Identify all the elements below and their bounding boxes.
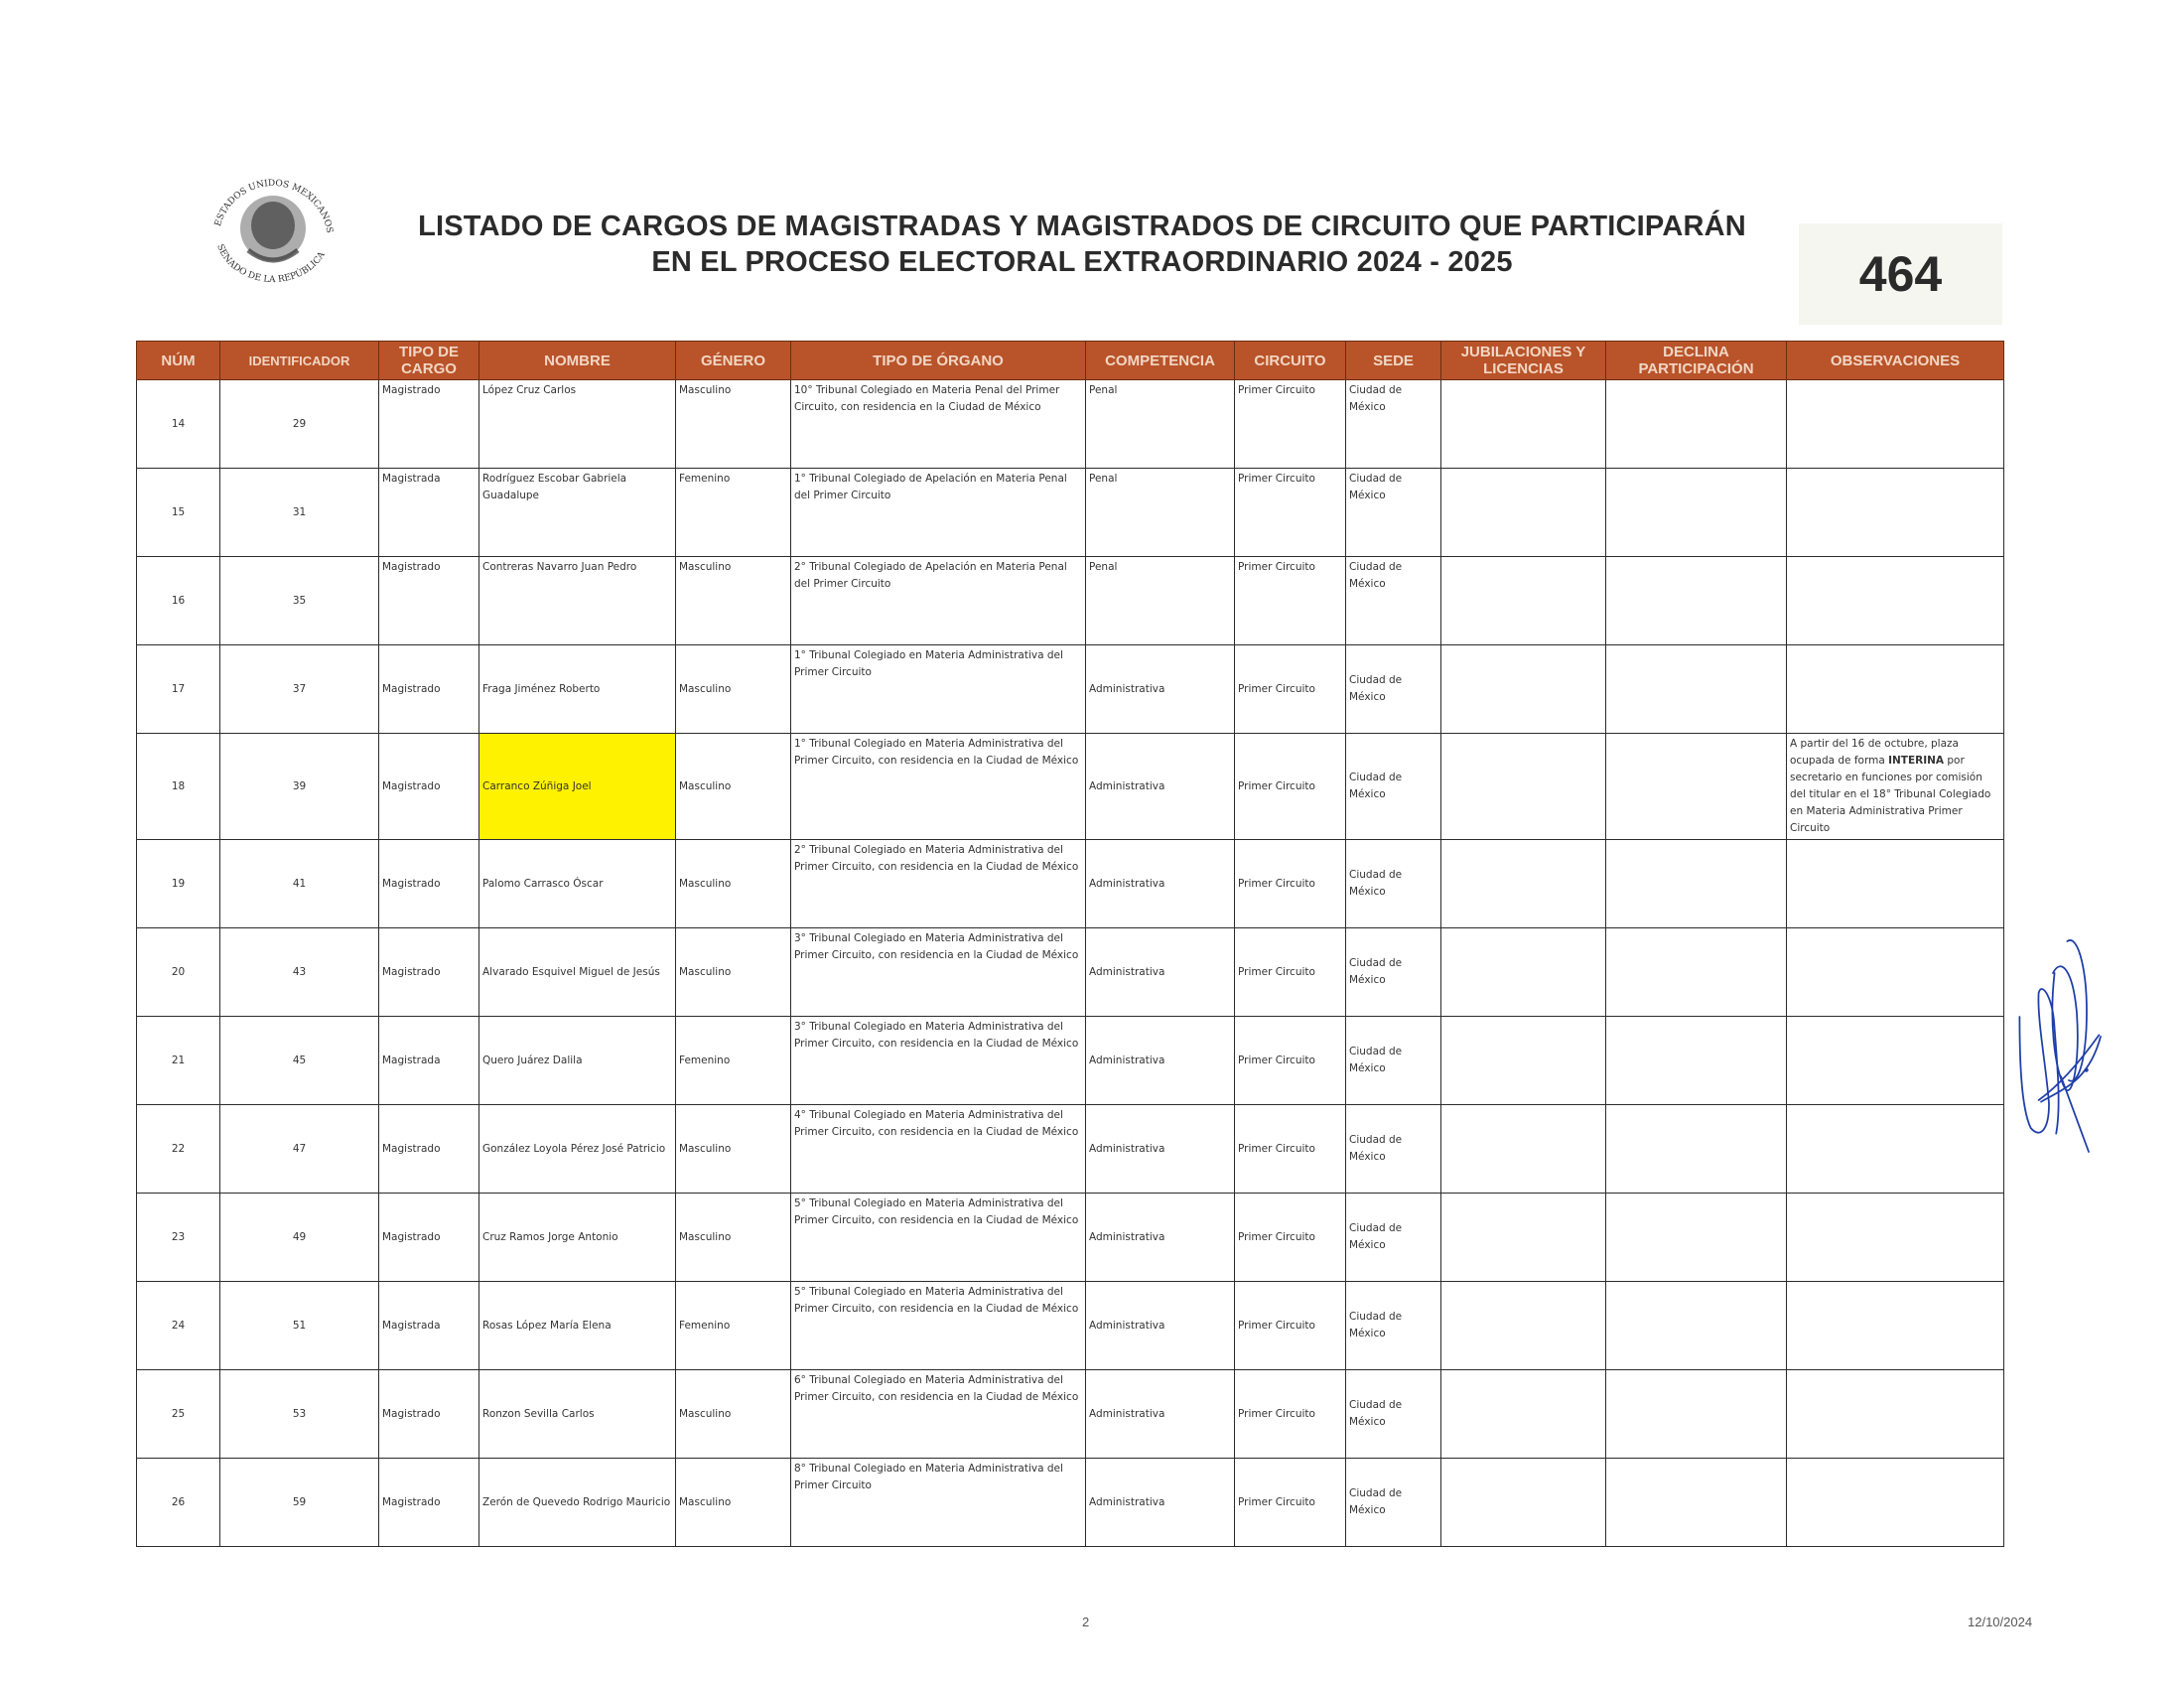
table-row: 2349MagistradoCruz Ramos Jorge AntonioMa… <box>137 1194 2004 1282</box>
cell-num: 24 <box>137 1282 220 1370</box>
cell-genero: Masculino <box>676 928 791 1017</box>
cell-tipo-organo: 1° Tribunal Colegiado de Apelación en Ma… <box>791 469 1086 557</box>
cell-declina <box>1606 1370 1787 1459</box>
stamp-number: 464 <box>1859 245 1942 303</box>
cell-tipo-organo: 2° Tribunal Colegiado en Materia Adminis… <box>791 840 1086 928</box>
cell-genero: Femenino <box>676 469 791 557</box>
cell-identificador: 35 <box>220 557 379 645</box>
col-nombre: NOMBRE <box>479 342 676 380</box>
cell-observaciones <box>1787 557 2004 645</box>
cell-num: 14 <box>137 380 220 469</box>
cell-competencia: Administrativa <box>1086 1459 1235 1547</box>
cell-genero: Masculino <box>676 840 791 928</box>
table-row: 2553MagistradoRonzon Sevilla CarlosMascu… <box>137 1370 2004 1459</box>
cell-observaciones <box>1787 469 2004 557</box>
cell-jubilaciones <box>1441 645 1606 734</box>
cell-tipo-cargo: Magistrado <box>379 1194 479 1282</box>
cell-observaciones <box>1787 1282 2004 1370</box>
cell-num: 16 <box>137 557 220 645</box>
cell-tipo-cargo: Magistrada <box>379 1017 479 1105</box>
cell-declina <box>1606 1282 1787 1370</box>
cell-observaciones <box>1787 380 2004 469</box>
table-row: 2451MagistradaRosas López María ElenaFem… <box>137 1282 2004 1370</box>
cell-observaciones <box>1787 1194 2004 1282</box>
cell-sede: Ciudad de México <box>1346 1459 1441 1547</box>
cell-nombre: Contreras Navarro Juan Pedro <box>479 557 676 645</box>
cell-jubilaciones <box>1441 557 1606 645</box>
table-row: 1531MagistradaRodríguez Escobar Gabriela… <box>137 469 2004 557</box>
cell-identificador: 29 <box>220 380 379 469</box>
cell-jubilaciones <box>1441 928 1606 1017</box>
cell-genero: Masculino <box>676 645 791 734</box>
cell-genero: Masculino <box>676 380 791 469</box>
footer-page-number: 2 <box>1082 1615 1089 1629</box>
cell-genero: Femenino <box>676 1282 791 1370</box>
cell-tipo-cargo: Magistrado <box>379 645 479 734</box>
cell-genero: Masculino <box>676 1105 791 1194</box>
cell-declina <box>1606 840 1787 928</box>
cell-competencia: Penal <box>1086 557 1235 645</box>
cell-competencia: Administrativa <box>1086 928 1235 1017</box>
cell-observaciones <box>1787 1017 2004 1105</box>
document-title: LISTADO DE CARGOS DE MAGISTRADAS Y MAGIS… <box>377 209 1787 280</box>
cell-competencia: Penal <box>1086 380 1235 469</box>
cell-tipo-organo: 10° Tribunal Colegiado en Materia Penal … <box>791 380 1086 469</box>
cell-sede: Ciudad de México <box>1346 380 1441 469</box>
cell-jubilaciones <box>1441 1194 1606 1282</box>
cell-competencia: Administrativa <box>1086 1105 1235 1194</box>
cell-sede: Ciudad de México <box>1346 645 1441 734</box>
cell-nombre: González Loyola Pérez José Patricio <box>479 1105 676 1194</box>
cell-tipo-organo: 4° Tribunal Colegiado en Materia Adminis… <box>791 1105 1086 1194</box>
cell-identificador: 41 <box>220 840 379 928</box>
cell-circuito: Primer Circuito <box>1235 557 1346 645</box>
stamp-number-box: 464 <box>1799 223 2002 325</box>
cell-circuito: Primer Circuito <box>1235 1282 1346 1370</box>
cell-genero: Masculino <box>676 1194 791 1282</box>
cell-genero: Femenino <box>676 1017 791 1105</box>
cell-num: 15 <box>137 469 220 557</box>
col-circuito: CIRCUITO <box>1235 342 1346 380</box>
cell-circuito: Primer Circuito <box>1235 1017 1346 1105</box>
cell-declina <box>1606 557 1787 645</box>
cell-declina <box>1606 734 1787 840</box>
cell-genero: Masculino <box>676 1370 791 1459</box>
cell-nombre: Ronzon Sevilla Carlos <box>479 1370 676 1459</box>
cell-tipo-cargo: Magistrada <box>379 469 479 557</box>
cell-tipo-organo: 6° Tribunal Colegiado en Materia Adminis… <box>791 1370 1086 1459</box>
cell-declina <box>1606 928 1787 1017</box>
cell-sede: Ciudad de México <box>1346 1017 1441 1105</box>
cell-jubilaciones <box>1441 1459 1606 1547</box>
cell-nombre: Alvarado Esquivel Miguel de Jesús <box>479 928 676 1017</box>
cell-sede: Ciudad de México <box>1346 734 1441 840</box>
cell-jubilaciones <box>1441 1282 1606 1370</box>
cell-tipo-organo: 2° Tribunal Colegiado de Apelación en Ma… <box>791 557 1086 645</box>
cell-num: 18 <box>137 734 220 840</box>
cell-nombre: Cruz Ramos Jorge Antonio <box>479 1194 676 1282</box>
cell-sede: Ciudad de México <box>1346 1105 1441 1194</box>
cell-tipo-cargo: Magistrado <box>379 840 479 928</box>
cell-nombre: Fraga Jiménez Roberto <box>479 645 676 734</box>
cell-tipo-organo: 5° Tribunal Colegiado en Materia Adminis… <box>791 1194 1086 1282</box>
magistrates-table: NÚM IDENTIFICADOR TIPO DE CARGO NOMBRE G… <box>136 341 2004 1547</box>
cell-tipo-cargo: Magistrado <box>379 380 479 469</box>
cell-circuito: Primer Circuito <box>1235 1459 1346 1547</box>
cell-competencia: Administrativa <box>1086 1194 1235 1282</box>
cell-declina <box>1606 1017 1787 1105</box>
cell-sede: Ciudad de México <box>1346 1370 1441 1459</box>
table-row: 2043MagistradoAlvarado Esquivel Miguel d… <box>137 928 2004 1017</box>
cell-nombre: Quero Juárez Dalila <box>479 1017 676 1105</box>
cell-observaciones: A partir del 16 de octubre, plaza ocupad… <box>1787 734 2004 840</box>
cell-tipo-organo: 3° Tribunal Colegiado en Materia Adminis… <box>791 928 1086 1017</box>
col-competencia: COMPETENCIA <box>1086 342 1235 380</box>
cell-identificador: 45 <box>220 1017 379 1105</box>
table-row: 1839MagistradoCarranco Zúñiga JoelMascul… <box>137 734 2004 840</box>
cell-circuito: Primer Circuito <box>1235 380 1346 469</box>
cell-tipo-organo: 3° Tribunal Colegiado en Materia Adminis… <box>791 1017 1086 1105</box>
cell-num: 21 <box>137 1017 220 1105</box>
cell-circuito: Primer Circuito <box>1235 1370 1346 1459</box>
cell-circuito: Primer Circuito <box>1235 840 1346 928</box>
cell-sede: Ciudad de México <box>1346 928 1441 1017</box>
cell-tipo-organo: 1° Tribunal Colegiado en Materia Adminis… <box>791 645 1086 734</box>
cell-observaciones <box>1787 1459 2004 1547</box>
cell-identificador: 43 <box>220 928 379 1017</box>
cell-num: 26 <box>137 1459 220 1547</box>
cell-sede: Ciudad de México <box>1346 557 1441 645</box>
cell-identificador: 59 <box>220 1459 379 1547</box>
cell-sede: Ciudad de México <box>1346 469 1441 557</box>
table-row: 1429MagistradoLópez Cruz CarlosMasculino… <box>137 380 2004 469</box>
cell-tipo-cargo: Magistrado <box>379 928 479 1017</box>
cell-competencia: Administrativa <box>1086 734 1235 840</box>
cell-observaciones <box>1787 645 2004 734</box>
cell-jubilaciones <box>1441 840 1606 928</box>
cell-sede: Ciudad de México <box>1346 1194 1441 1282</box>
cell-num: 25 <box>137 1370 220 1459</box>
col-identificador: IDENTIFICADOR <box>220 342 379 380</box>
cell-circuito: Primer Circuito <box>1235 1105 1346 1194</box>
cell-circuito: Primer Circuito <box>1235 928 1346 1017</box>
col-jubilaciones: JUBILACIONES Y LICENCIAS <box>1441 342 1606 380</box>
cell-num: 19 <box>137 840 220 928</box>
col-observaciones: OBSERVACIONES <box>1787 342 2004 380</box>
col-tipo-organo: TIPO DE ÓRGANO <box>791 342 1086 380</box>
cell-identificador: 49 <box>220 1194 379 1282</box>
cell-circuito: Primer Circuito <box>1235 469 1346 557</box>
cell-competencia: Administrativa <box>1086 840 1235 928</box>
cell-jubilaciones <box>1441 380 1606 469</box>
cell-competencia: Administrativa <box>1086 1282 1235 1370</box>
cell-identificador: 39 <box>220 734 379 840</box>
footer-date: 12/10/2024 <box>1968 1615 2032 1629</box>
table-row: 1635MagistradoContreras Navarro Juan Ped… <box>137 557 2004 645</box>
cell-observaciones <box>1787 1370 2004 1459</box>
cell-tipo-organo: 8° Tribunal Colegiado en Materia Adminis… <box>791 1459 1086 1547</box>
col-sede: SEDE <box>1346 342 1441 380</box>
cell-circuito: Primer Circuito <box>1235 645 1346 734</box>
cell-declina <box>1606 1194 1787 1282</box>
cell-tipo-cargo: Magistrado <box>379 1459 479 1547</box>
table-row: 2145MagistradaQuero Juárez DalilaFemenin… <box>137 1017 2004 1105</box>
cell-tipo-cargo: Magistrado <box>379 1105 479 1194</box>
cell-competencia: Administrativa <box>1086 645 1235 734</box>
cell-nombre: López Cruz Carlos <box>479 380 676 469</box>
cell-identificador: 47 <box>220 1105 379 1194</box>
cell-jubilaciones <box>1441 1370 1606 1459</box>
cell-identificador: 53 <box>220 1370 379 1459</box>
col-num: NÚM <box>137 342 220 380</box>
cell-declina <box>1606 1105 1787 1194</box>
cell-jubilaciones <box>1441 734 1606 840</box>
senate-seal-logo: ESTADOS UNIDOS MEXICANOS SENADO DE LA RE… <box>194 171 352 290</box>
col-genero: GÉNERO <box>676 342 791 380</box>
table-row: 2247MagistradoGonzález Loyola Pérez José… <box>137 1105 2004 1194</box>
cell-sede: Ciudad de México <box>1346 840 1441 928</box>
cell-identificador: 31 <box>220 469 379 557</box>
cell-jubilaciones <box>1441 1105 1606 1194</box>
cell-jubilaciones <box>1441 1017 1606 1105</box>
cell-identificador: 51 <box>220 1282 379 1370</box>
cell-tipo-cargo: Magistrada <box>379 1282 479 1370</box>
cell-nombre: Rodríguez Escobar Gabriela Guadalupe <box>479 469 676 557</box>
cell-genero: Masculino <box>676 734 791 840</box>
cell-competencia: Penal <box>1086 469 1235 557</box>
cell-sede: Ciudad de México <box>1346 1282 1441 1370</box>
cell-declina <box>1606 380 1787 469</box>
col-declina: DECLINA PARTICIPACIÓN <box>1606 342 1787 380</box>
cell-num: 22 <box>137 1105 220 1194</box>
cell-num: 23 <box>137 1194 220 1282</box>
cell-num: 17 <box>137 645 220 734</box>
cell-tipo-cargo: Magistrado <box>379 734 479 840</box>
title-line-2: EN EL PROCESO ELECTORAL EXTRAORDINARIO 2… <box>377 244 1787 280</box>
cell-competencia: Administrativa <box>1086 1017 1235 1105</box>
cell-genero: Masculino <box>676 1459 791 1547</box>
table-row: 2659MagistradoZerón de Quevedo Rodrigo M… <box>137 1459 2004 1547</box>
cell-nombre: Zerón de Quevedo Rodrigo Mauricio <box>479 1459 676 1547</box>
cell-nombre: Rosas López María Elena <box>479 1282 676 1370</box>
col-tipo-cargo: TIPO DE CARGO <box>379 342 479 380</box>
cell-tipo-organo: 1° Tribunal Colegiado en Materia Adminis… <box>791 734 1086 840</box>
title-line-1: LISTADO DE CARGOS DE MAGISTRADAS Y MAGIS… <box>377 209 1787 244</box>
cell-nombre: Carranco Zúñiga Joel <box>479 734 676 840</box>
table-row: 1941MagistradoPalomo Carrasco ÓscarMascu… <box>137 840 2004 928</box>
cell-tipo-cargo: Magistrado <box>379 1370 479 1459</box>
cell-observaciones <box>1787 840 2004 928</box>
cell-declina <box>1606 1459 1787 1547</box>
table-row: 1737MagistradoFraga Jiménez RobertoMascu… <box>137 645 2004 734</box>
cell-circuito: Primer Circuito <box>1235 734 1346 840</box>
cell-observaciones <box>1787 928 2004 1017</box>
cell-tipo-cargo: Magistrado <box>379 557 479 645</box>
cell-jubilaciones <box>1441 469 1606 557</box>
cell-genero: Masculino <box>676 557 791 645</box>
cell-declina <box>1606 469 1787 557</box>
cell-identificador: 37 <box>220 645 379 734</box>
cell-tipo-organo: 5° Tribunal Colegiado en Materia Adminis… <box>791 1282 1086 1370</box>
cell-circuito: Primer Circuito <box>1235 1194 1346 1282</box>
cell-observaciones <box>1787 1105 2004 1194</box>
cell-nombre: Palomo Carrasco Óscar <box>479 840 676 928</box>
handwritten-signature <box>2005 904 2124 1201</box>
cell-competencia: Administrativa <box>1086 1370 1235 1459</box>
table-header-row: NÚM IDENTIFICADOR TIPO DE CARGO NOMBRE G… <box>137 342 2004 380</box>
cell-declina <box>1606 645 1787 734</box>
cell-num: 20 <box>137 928 220 1017</box>
